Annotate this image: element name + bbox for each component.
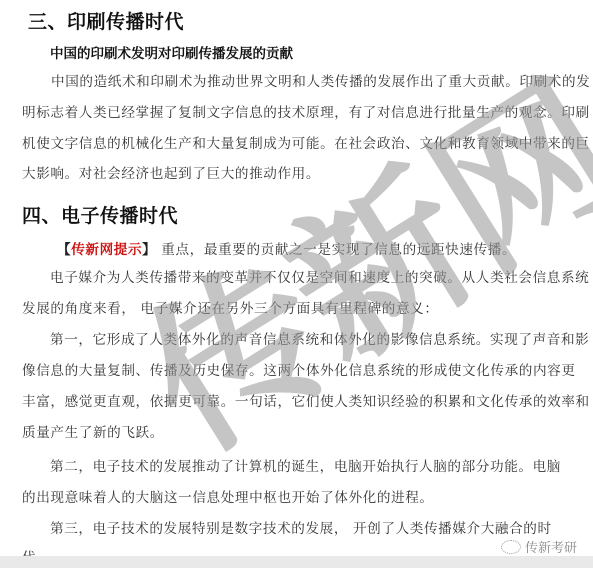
- section3-subheading: 中国的印刷术发明对印刷传播发展的贡献: [50, 42, 293, 62]
- footer-bar: [0, 556, 593, 568]
- paragraph-line: 电子媒介为人类传播带来的变革并不仅仅是空间和速度上的突破。从人类社会信息系统: [50, 266, 589, 286]
- paragraph-line: 机使文字信息的机械化生产和大量复制成为可能。在社会政治、文化和教育领域中带来的巨: [22, 132, 590, 152]
- paragraph-line: 第二，电子技术的发展推动了计算机的诞生，电脑开始执行人脑的部分功能。电脑: [50, 455, 561, 475]
- wechat-icon: [501, 540, 521, 554]
- paragraph-line: 中国的造纸术和印刷术为推动世界文明和人类传播的发展作出了重大贡献。印刷术的发: [51, 70, 590, 90]
- paragraph-line: 质量产生了新的飞跃。: [22, 421, 164, 441]
- section3-heading: 三、印刷传播时代: [28, 7, 184, 34]
- tip-text: 重点，最重要的贡献之一是实现了信息的远距快速传播。: [161, 242, 516, 258]
- paragraph-line: 大影响。对社会经济也起到了巨大的推动作用。: [22, 162, 320, 182]
- paragraph-line: 发展的角度来看， 电子媒介还在另外三个方面具有里程碑的意义：: [22, 297, 439, 317]
- paragraph-line: 丰富，感觉更直观，依据更可靠。一句话，它们使人类知识经验的积累和文化传承的效率和: [22, 390, 590, 410]
- section4-heading: 四、电子传播时代: [22, 201, 178, 228]
- tip-open-bracket: 【: [57, 242, 71, 258]
- paragraph-line: 第一，它形成了人类体外化的声音信息系统和体外化的影像信息系统。实现了声音和影: [50, 328, 589, 348]
- document-page: 三、印刷传播时代 中国的印刷术发明对印刷传播发展的贡献 中国的造纸术和印刷术为推…: [0, 0, 593, 556]
- tip-label: 传新网提示: [71, 242, 142, 258]
- paragraph-line: 明标志着人类已经掌握了复制文字信息的技术原理，有了对信息进行批量生产的观念。印刷: [22, 101, 590, 121]
- tip-line: 【传新网提示】 重点，最重要的贡献之一是实现了信息的远距快速传播。: [57, 238, 516, 258]
- paragraph-line: 像信息的大量复制、传播及历史保存。这两个体外化信息系统的形成使文化传承的内容更: [22, 359, 576, 379]
- paragraph-line: 的出现意味着人的大脑这一信息处理中枢也开始了体外化的进程。: [22, 486, 434, 506]
- brand-name: 传新考研: [525, 537, 577, 556]
- tip-close-bracket: 】: [142, 242, 156, 258]
- brand-badge: 传新考研: [501, 537, 577, 556]
- paragraph-line: 第三，电子技术的发展特别是数字技术的发展， 开创了人类传播媒介大融合的时: [50, 517, 552, 537]
